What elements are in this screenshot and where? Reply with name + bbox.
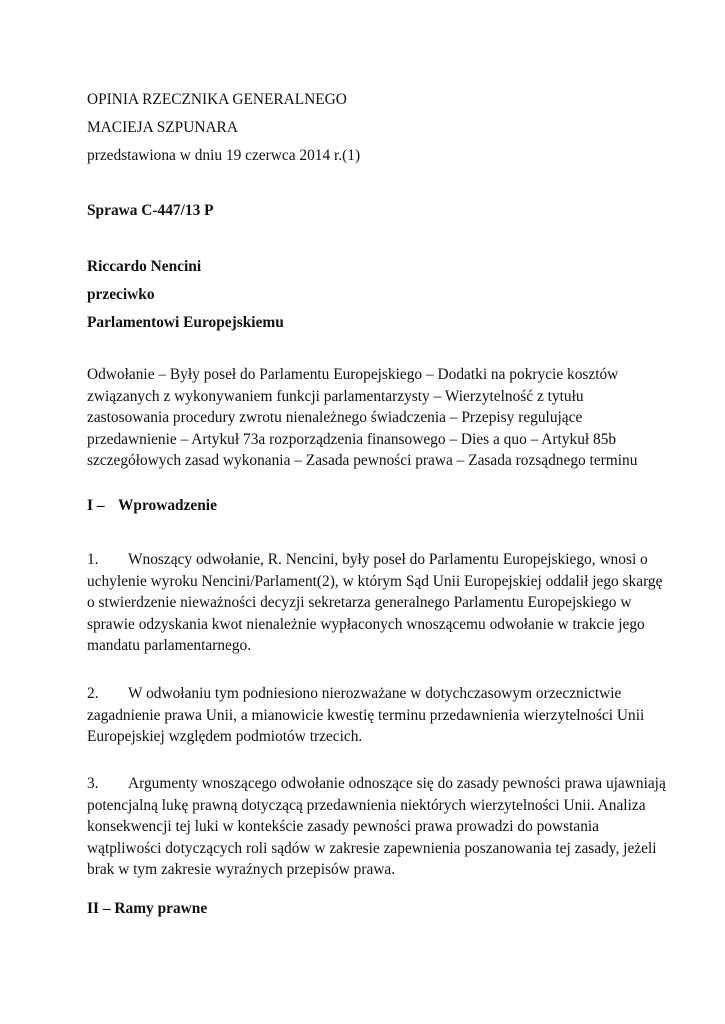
keywords-line: związanych z wykonywaniem funkcji parlam…	[87, 386, 683, 408]
paragraph-text-line: zagadnienie prawa Unii, a mianowicie kwe…	[87, 705, 683, 727]
case-number: Sprawa C‑447/13 P	[87, 200, 214, 221]
section-number: I –	[87, 495, 118, 516]
paragraph-text-line: potencjalną lukę prawną dotyczącą przeda…	[87, 795, 683, 817]
section-title: Ramy prawne	[114, 900, 207, 917]
paragraph-3: 3.Argumenty wnoszącego odwołanie odnoszą…	[87, 773, 683, 881]
delivery-date: przedstawiona w dniu 19 czerwca 2014 r.(…	[87, 145, 360, 166]
paragraph-number: 2.	[87, 683, 128, 705]
section-heading-introduction: I –Wprowadzenie	[87, 495, 217, 516]
keywords-line: zastosowania procedury zwrotu nienależne…	[87, 407, 683, 429]
advocate-general-name: MACIEJA SZPUNARA	[87, 117, 238, 138]
appellant-name: Riccardo Nencini	[87, 256, 201, 277]
paragraph-text-line: uchylenie wyroku Nencini/Parlament(2), w…	[87, 571, 683, 593]
paragraph-text-line: o stwierdzenie nieważności decyzji sekre…	[87, 592, 683, 614]
respondent-name: Parlamentowi Europejskiemu	[87, 312, 284, 333]
section-number: II –	[87, 900, 111, 917]
paragraph-text-line: brak w tym zakresie wyraźnych przepisów …	[87, 859, 683, 881]
paragraph-text-line: sprawie odzyskania kwot nienależnie wypł…	[87, 614, 683, 636]
opinion-title: OPINIA RZECZNIKA GENERALNEGO	[87, 89, 347, 110]
paragraph-number: 1.	[87, 549, 128, 571]
paragraph-text-line: W odwołaniu tym podniesiono nierozważane…	[128, 685, 621, 702]
keywords-block: Odwołanie – Były poseł do Parlamentu Eur…	[87, 364, 683, 472]
delivery-date-text: przedstawiona w dniu 19 czerwca 2014 r.(…	[87, 147, 360, 164]
versus-label: przeciwko	[87, 284, 155, 305]
paragraph-2: 2.W odwołaniu tym podniesiono nierozważa…	[87, 683, 683, 748]
paragraph-text-line: konsekwencji tej luki w kontekście zasad…	[87, 816, 683, 838]
paragraph-number: 3.	[87, 773, 128, 795]
keywords-line: przedawnienie – Artykuł 73a rozporządzen…	[87, 429, 683, 451]
paragraph-text-line: Europejskiej względem podmiotów trzecich…	[87, 726, 683, 748]
paragraph-text-line: mandatu parlamentarnego.	[87, 635, 683, 657]
keywords-line: Odwołanie – Były poseł do Parlamentu Eur…	[87, 364, 683, 386]
keywords-line: szczegółowych zasad wykonania – Zasada p…	[87, 450, 683, 472]
paragraph-text-line: wątpliwości dotyczących roli sądów w zak…	[87, 838, 683, 860]
paragraph-1: 1.Wnoszący odwołanie, R. Nencini, były p…	[87, 549, 683, 657]
paragraph-text-line: Argumenty wnoszącego odwołanie odnoszące…	[128, 775, 666, 792]
paragraph-text-line: Wnoszący odwołanie, R. Nencini, były pos…	[128, 551, 648, 568]
section-title: Wprowadzenie	[118, 497, 217, 514]
section-heading-legal-framework: II – Ramy prawne	[87, 898, 207, 919]
